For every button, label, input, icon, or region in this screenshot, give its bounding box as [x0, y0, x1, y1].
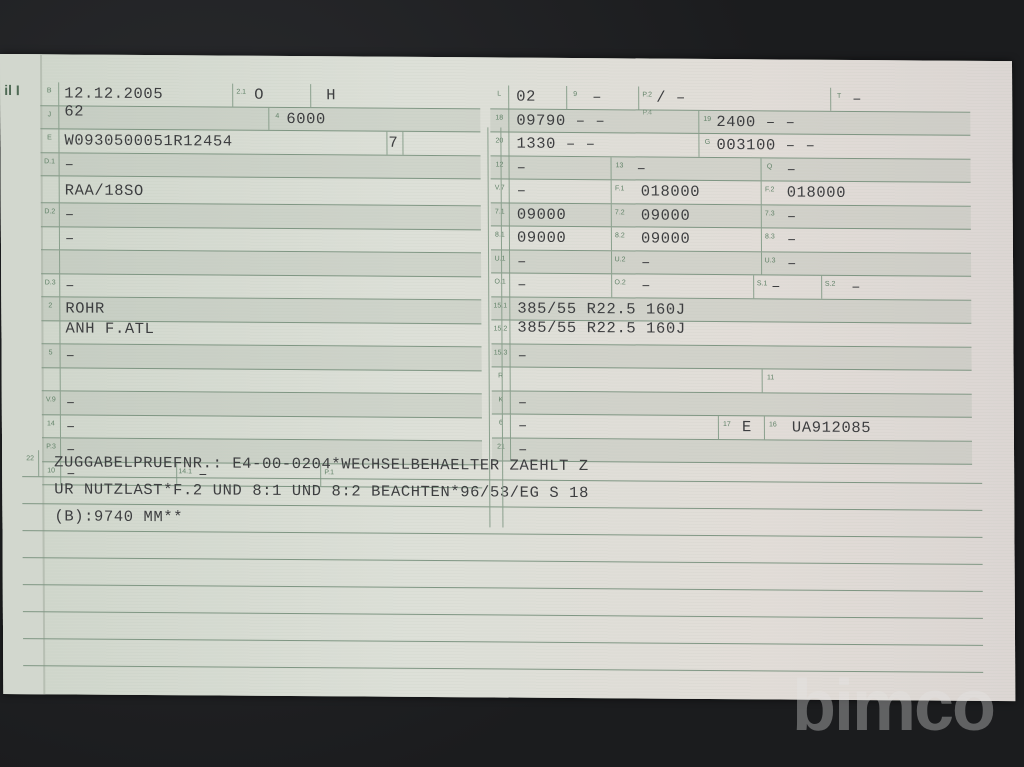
- field-P2-P4: / –: [656, 89, 686, 107]
- row-5: 5 –: [42, 344, 482, 371]
- row-U: U.1 – U.2 – U.3 –: [491, 250, 971, 277]
- field-D2: –: [65, 205, 75, 223]
- row-D2-2: –: [41, 227, 481, 254]
- field-Q: –: [787, 160, 797, 178]
- row-D2-3: [41, 250, 481, 277]
- field-2-make: ROHR: [65, 299, 105, 317]
- field-F1: 018000: [641, 182, 701, 200]
- row-L: L 02 9 – P.2 P.4 / – T –: [490, 85, 970, 112]
- flap-label: il I: [4, 82, 20, 98]
- row-V9: V.9 –: [42, 391, 482, 418]
- right-half: L 02 9 – P.2 P.4 / – T – 18 09790 – – 19…: [490, 71, 972, 464]
- field-O2: –: [641, 276, 651, 294]
- row-12: 12 – 13 – Q –: [491, 156, 971, 183]
- field-15-2-tyres: 385/55 R22.5 160J: [517, 319, 685, 338]
- field-D1: –: [65, 155, 75, 173]
- row-R: R 11: [492, 367, 972, 394]
- field-7-3: –: [787, 207, 797, 225]
- field-17: E: [742, 418, 752, 436]
- field-S2: –: [851, 278, 861, 296]
- center-fold: [487, 127, 503, 527]
- row-7: 7.1 09000 7.2 09000 7.3 –: [491, 203, 971, 230]
- row-D1-2: RAA/18SO: [41, 176, 481, 206]
- field-7-2: 09000: [641, 206, 691, 224]
- fields-grid: B 12.12.2005 2.1 O H J 62 4 6000 E W0930…: [40, 68, 980, 75]
- row-D1: D.1 –: [41, 153, 481, 180]
- row-5a: ANH F.ATL: [41, 321, 481, 348]
- field-5: –: [66, 346, 76, 364]
- field-18-length: 09790 – –: [516, 111, 605, 130]
- row-J: J 62 4 6000: [40, 106, 480, 133]
- row-K: K –: [492, 391, 972, 418]
- field-6: –: [518, 417, 528, 435]
- field-K: –: [518, 393, 528, 411]
- field-15-1-tyres: 385/55 R22.5 160J: [517, 299, 685, 318]
- field-V9: –: [66, 393, 76, 411]
- field-U3: –: [787, 254, 797, 272]
- field-D2-line2: –: [65, 229, 75, 247]
- row-5b: [42, 368, 482, 395]
- field-F2: 018000: [787, 183, 847, 201]
- field-D3: –: [65, 276, 75, 294]
- row-15-3: 15.3 –: [491, 344, 971, 371]
- field-19-width: 2400 – –: [716, 113, 795, 132]
- row-20: 20 1330 – – G 003100 – –: [490, 132, 970, 159]
- field-2-2: H: [326, 86, 336, 104]
- left-half: B 12.12.2005 2.1 O H J 62 4 6000 E W0930…: [40, 68, 482, 488]
- field-D1-type: RAA/18SO: [65, 181, 144, 200]
- registration-document: il I B 12.12.2005 2.1 O H J 62 4 6000 E …: [0, 54, 1015, 701]
- field-7-1: 09000: [517, 205, 567, 223]
- field-G-mass: 003100 – –: [716, 136, 815, 155]
- field-O1: –: [517, 276, 527, 294]
- field-9: –: [592, 88, 602, 106]
- field-5-type: ANH F.ATL: [65, 319, 154, 338]
- row-E: E W0930500051R12454 7: [40, 129, 480, 156]
- field-20-height: 1330 – –: [516, 135, 595, 154]
- remarks-text-3: (B):9740 MM**: [54, 507, 183, 526]
- field-8-3: –: [787, 230, 797, 248]
- field-S1: –: [771, 277, 781, 295]
- field-U1: –: [517, 252, 527, 270]
- field-12: –: [517, 158, 527, 176]
- row-6: 6 – 17 E 16 UA912085: [492, 414, 972, 441]
- field-13: –: [637, 159, 647, 177]
- field-2-1: O: [254, 86, 264, 104]
- remarks-text-1: ZUGGABELPRUEFNR.: E4-00-0204*WECHSELBEHA…: [54, 453, 589, 475]
- watermark-logo: bimco: [792, 665, 994, 747]
- remarks-text-2: UR NUTZLAST*F.2 UND 8:1 UND 8:2 BEACHTEN…: [54, 480, 589, 502]
- field-check-digit: 7: [388, 134, 398, 152]
- field-4: 6000: [286, 109, 326, 127]
- field-E-vin: W0930500051R12454: [64, 131, 232, 150]
- field-14: –: [66, 417, 76, 435]
- field-16-doc-number: UA912085: [792, 419, 871, 438]
- row-D3: D.3 –: [41, 274, 481, 301]
- field-J: 62: [64, 102, 84, 120]
- row-V7: V.7 – F.1 018000 F.2 018000: [491, 179, 971, 206]
- field-U2: –: [641, 253, 651, 271]
- row-B: B 12.12.2005 2.1 O H: [40, 82, 480, 109]
- field-8-1: 09000: [517, 229, 567, 247]
- row-O-S: O.1 – O.2 – S.1 – S.2 –: [491, 273, 971, 300]
- field-L: 02: [516, 88, 536, 106]
- field-15-3: –: [518, 346, 528, 364]
- row-14: 14 –: [42, 415, 482, 442]
- field-V7: –: [517, 182, 527, 200]
- row-8: 8.1 09000 8.2 09000 8.3 –: [491, 226, 971, 253]
- row-15-2: 15.2 385/55 R22.5 160J: [491, 320, 971, 347]
- row-D2: D.2 –: [41, 203, 481, 230]
- row-18: 18 09790 – – 19 2400 – –: [490, 109, 970, 136]
- field-B: 12.12.2005: [64, 84, 163, 103]
- field-T: –: [852, 90, 862, 108]
- field-8-2: 09000: [641, 229, 691, 247]
